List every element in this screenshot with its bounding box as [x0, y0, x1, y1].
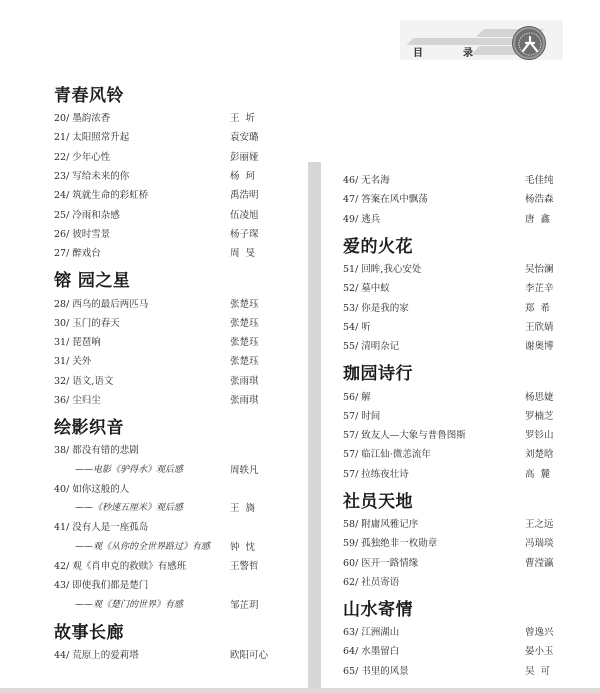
toc-entry[interactable]: 22/ 少年心性 彭丽娅 — [54, 148, 266, 167]
toc-entry[interactable]: 54/ 听 王欣婧 — [343, 318, 561, 337]
page-number: 20/ — [54, 109, 69, 128]
toc-entry[interactable]: ——观《从你的全世界路过》有感 钟 忱 — [54, 538, 266, 557]
article-title: ——电影《驴得水》观后感 — [75, 461, 183, 480]
author-name: 杨 珂 — [230, 167, 266, 186]
toc-entry[interactable]: 44/ 荒原上的爱莉塔 欧阳可心 — [54, 646, 266, 665]
page-number: 49/ — [343, 210, 358, 229]
author-name: 张楚珏 — [230, 333, 266, 352]
article-title: ——《秒速五厘米》观后感 — [75, 499, 183, 518]
toc-entry[interactable]: 30/ 玉门的春天 张楚珏 — [54, 314, 266, 333]
article-title: 冷雨和杂感 — [72, 206, 120, 225]
author-name: 邹芷玥 — [230, 596, 266, 615]
author-name: 周 旻 — [230, 244, 266, 263]
article-title: 关外 — [72, 352, 91, 371]
author-name: 袁安璐 — [230, 128, 266, 147]
page-number: 38/ — [54, 441, 69, 460]
page-number: 60/ — [343, 554, 358, 573]
page-number: 63/ — [343, 623, 358, 642]
toc-entry[interactable]: 20/ 墨韵浓香 王 圻 — [54, 109, 266, 128]
page-number: 24/ — [54, 186, 69, 205]
toc-entry[interactable]: 21/ 太阳照常升起 袁安璐 — [54, 128, 266, 147]
page-number: 57/ — [343, 407, 358, 426]
author-name: 曹滢瀛 — [525, 554, 561, 573]
article-title: ——观《从你的全世界路过》有感 — [75, 538, 210, 557]
page-number: 46/ — [343, 171, 358, 190]
toc-left-column: 青春风铃 20/ 墨韵浓香 王 圻 21/ 太阳照常升起 袁安璐 22/ 少年心… — [54, 84, 266, 665]
author-name: 张楚珏 — [230, 352, 266, 371]
article-title: 太阳照常升起 — [72, 128, 129, 147]
author-name: 王警哲 — [230, 557, 266, 576]
author-name: 王 圻 — [230, 109, 266, 128]
article-title: 逃兵 — [361, 210, 380, 229]
toc-entry[interactable]: 57/ 临江仙·微恙流年 刘楚晗 — [343, 445, 561, 464]
page-number: 21/ — [54, 128, 69, 147]
article-title: 墓中蚁 — [361, 279, 390, 298]
article-title: 江洲湖山 — [361, 623, 399, 642]
author-name: 刘楚晗 — [525, 445, 561, 464]
article-title: 语文,语文 — [72, 372, 113, 391]
page-number: 57/ — [343, 426, 358, 445]
toc-entry[interactable]: 52/ 墓中蚁 李芷辛 — [343, 279, 561, 298]
toc-entry[interactable]: 51/ 回眸,我心安处 吴怡澜 — [343, 260, 561, 279]
toc-entry[interactable]: 49/ 逃兵 唐 鑫 — [343, 210, 561, 229]
page-number: 54/ — [343, 318, 358, 337]
article-title: 西乌的最后两匹马 — [72, 295, 148, 314]
page-number: 57/ — [343, 445, 358, 464]
article-title: 少年心性 — [72, 148, 110, 167]
page-number: 41/ — [54, 518, 69, 537]
page-number: 27/ — [54, 244, 69, 263]
page-number: 36/ — [54, 391, 69, 410]
toc-entry[interactable]: 28/ 西乌的最后两匹马 张楚珏 — [54, 294, 266, 313]
page-number: 22/ — [54, 148, 69, 167]
article-title: 附庸风雅记序 — [361, 515, 418, 534]
article-title: 拉练夜壮诗 — [361, 465, 409, 484]
toc-entry[interactable]: 38/ 都没有错的悲剧 — [54, 441, 266, 460]
author-name: 高 麓 — [525, 465, 561, 484]
article-title: 你是我的家 — [361, 299, 409, 318]
author-name: 张雨琪 — [230, 391, 266, 410]
column-divider-bar — [308, 162, 321, 688]
page-number: 26/ — [54, 225, 69, 244]
author-name: 钟 忱 — [230, 538, 266, 557]
toc-entry[interactable]: 32/ 语文,语文 张雨琪 — [54, 372, 266, 391]
section-heading: 绘影织音 — [54, 416, 266, 440]
article-title: 玉门的春天 — [72, 314, 120, 333]
page-number: 47/ — [343, 190, 358, 209]
article-title: 答案在风中飘荡 — [361, 190, 428, 209]
page-number: 23/ — [54, 167, 69, 186]
section-heading: 故事长廊 — [54, 621, 266, 645]
page-number: 25/ — [54, 206, 69, 225]
toc-entry[interactable]: 63/ 江洲湖山 曾逸兴 — [343, 623, 561, 642]
article-title: 即使我们都是楚门 — [72, 576, 148, 595]
article-title: 观《肖申克的救赎》有感班 — [72, 557, 186, 576]
toc-entry[interactable]: 42/ 观《肖申克的救赎》有感班 王警哲 — [54, 557, 266, 576]
page-number: 31/ — [54, 333, 69, 352]
page-number: 28/ — [54, 295, 69, 314]
header-title-char: 录 — [463, 44, 473, 59]
toc-entry[interactable]: 57/ 拉练夜壮诗 高 麓 — [343, 465, 561, 484]
section-heading: 镕 园之星 — [54, 269, 266, 293]
toc-entry[interactable]: 25/ 冷雨和杂感 伍凌旭 — [54, 205, 266, 224]
toc-entry[interactable]: 31/ 关外 张楚珏 — [54, 352, 266, 371]
article-title: 写给未来的你 — [72, 167, 129, 186]
article-title: 时间 — [361, 407, 380, 426]
toc-entry[interactable]: 23/ 写给未来的你 杨 珂 — [54, 167, 266, 186]
page-number: 59/ — [343, 534, 358, 553]
page-number: 62/ — [343, 573, 358, 592]
article-title: 琵琶响 — [72, 333, 101, 352]
page-number: 56/ — [343, 388, 358, 407]
toc-entry[interactable]: 40/ 如你这般的人 — [54, 480, 266, 499]
toc-entry[interactable]: 64/ 水墨留白 晏小玉 — [343, 642, 561, 661]
section-heading: 山水寄情 — [343, 598, 561, 622]
article-title: 社员寄语 — [361, 573, 399, 592]
toc-entry[interactable]: 53/ 你是我的家 郑 希 — [343, 298, 561, 317]
page-number: 53/ — [343, 299, 358, 318]
article-title: 解 — [361, 388, 371, 407]
page-number: 51/ — [343, 260, 358, 279]
footer-bar — [0, 688, 600, 693]
toc-entry[interactable]: 24/ 筑就生命的彩虹桥 禹浩明 — [54, 186, 266, 205]
toc-entry[interactable]: 60/ 医开一路情缘 曹滢瀛 — [343, 553, 561, 572]
author-name: 晏小玉 — [525, 642, 561, 661]
school-emblem-icon — [513, 27, 545, 59]
article-title: 无名海 — [361, 171, 390, 190]
toc-entry[interactable]: 62/ 社员寄语 — [343, 573, 561, 592]
toc-entry[interactable]: 59/ 孤独绝非一枚勋章 冯瑞琰 — [343, 534, 561, 553]
toc-entry[interactable]: 46/ 无名海 毛佳纯 — [343, 171, 561, 190]
toc-entry[interactable]: 36/ 尘归尘 张雨琪 — [54, 391, 266, 410]
article-title: ——观《楚门的世界》有感 — [75, 596, 183, 615]
page-number: 44/ — [54, 646, 69, 665]
author-name: 吴 可 — [525, 662, 561, 681]
toc-entry[interactable]: 43/ 即使我们都是楚门 — [54, 576, 266, 595]
toc-right-column: 46/ 无名海 毛佳纯 47/ 答案在风中飘荡 杨浩森 49/ 逃兵 唐 鑫 爱… — [343, 171, 561, 681]
author-name: 王欣婧 — [525, 318, 561, 337]
article-title: 墨韵浓香 — [72, 109, 110, 128]
article-title: 临江仙·微恙流年 — [361, 445, 431, 464]
page-number: 55/ — [343, 337, 358, 356]
page-number: 58/ — [343, 515, 358, 534]
toc-entry[interactable]: 56/ 解 杨思婕 — [343, 387, 561, 406]
header-title-char: 目 — [413, 44, 423, 59]
toc-entry[interactable]: ——《秒速五厘米》观后感 王 旖 — [54, 499, 266, 518]
article-title: 都没有错的悲剧 — [72, 441, 139, 460]
author-name: 罗钐山 — [525, 426, 561, 445]
section-heading: 珈园诗行 — [343, 362, 561, 386]
toc-entry[interactable]: 26/ 彼时雪景 杨子琛 — [54, 225, 266, 244]
article-title: 彼时雪景 — [72, 225, 110, 244]
toc-entry[interactable]: 47/ 答案在风中飘荡 杨浩森 — [343, 190, 561, 209]
author-name: 罗楠芝 — [525, 407, 561, 426]
author-name: 冯瑞琰 — [525, 534, 561, 553]
author-name: 欧阳可心 — [230, 646, 266, 665]
author-name: 王 旖 — [230, 499, 266, 518]
page-number: 30/ — [54, 314, 69, 333]
page-number: 42/ — [54, 557, 69, 576]
author-name: 王之远 — [525, 515, 561, 534]
page-number: 64/ — [343, 642, 358, 661]
article-title: 如你这般的人 — [72, 480, 129, 499]
author-name: 杨浩森 — [525, 190, 561, 209]
section-heading: 社员天地 — [343, 490, 561, 514]
toc-entry[interactable]: 58/ 附庸风雅记序 王之远 — [343, 515, 561, 534]
page-number: 43/ — [54, 576, 69, 595]
article-title: 医开一路情缘 — [361, 554, 418, 573]
author-name: 杨思婕 — [525, 388, 561, 407]
section-heading: 爱的火花 — [343, 235, 561, 259]
toc-entry[interactable]: ——电影《驴得水》观后感 周轶凡 — [54, 460, 266, 479]
author-name: 张楚珏 — [230, 295, 266, 314]
author-name: 张雨琪 — [230, 372, 266, 391]
page-number: 57/ — [343, 465, 358, 484]
author-name: 曾逸兴 — [525, 623, 561, 642]
toc-entry[interactable]: 57/ 致友人—大象与普鲁图斯 罗钐山 — [343, 426, 561, 445]
article-title: 没有人是一座孤岛 — [72, 518, 148, 537]
article-title: 醉戏台 — [72, 244, 101, 263]
author-name: 郑 希 — [525, 299, 561, 318]
article-title: 清明杂记 — [361, 337, 399, 356]
author-name: 毛佳纯 — [525, 171, 561, 190]
article-title: 孤独绝非一枚勋章 — [361, 534, 437, 553]
toc-entry[interactable]: 57/ 时间 罗楠芝 — [343, 407, 561, 426]
page-number: 32/ — [54, 372, 69, 391]
article-title: 荒原上的爱莉塔 — [72, 646, 139, 665]
page-number: 40/ — [54, 480, 69, 499]
author-name: 张楚珏 — [230, 314, 266, 333]
article-title: 尘归尘 — [72, 391, 101, 410]
toc-entry[interactable]: 41/ 没有人是一座孤岛 — [54, 518, 266, 537]
article-title: 书里的风景 — [361, 662, 409, 681]
author-name: 周轶凡 — [230, 461, 266, 480]
toc-entry[interactable]: ——观《楚门的世界》有感 邹芷玥 — [54, 596, 266, 615]
author-name: 彭丽娅 — [230, 148, 266, 167]
author-name: 吴怡澜 — [525, 260, 561, 279]
page-number: 52/ — [343, 279, 358, 298]
article-title: 致友人—大象与普鲁图斯 — [361, 426, 466, 445]
toc-entry[interactable]: 31/ 琵琶响 张楚珏 — [54, 333, 266, 352]
toc-entry[interactable]: 55/ 清明杂记 谢奥博 — [343, 337, 561, 356]
article-title: 筑就生命的彩虹桥 — [72, 186, 148, 205]
author-name: 李芷辛 — [525, 279, 561, 298]
author-name: 禹浩明 — [230, 186, 266, 205]
author-name: 杨子琛 — [230, 225, 266, 244]
page-number: 31/ — [54, 352, 69, 371]
toc-entry[interactable]: 65/ 书里的风景 吴 可 — [343, 662, 561, 681]
toc-entry[interactable]: 27/ 醉戏台 周 旻 — [54, 244, 266, 263]
author-name: 唐 鑫 — [525, 210, 561, 229]
article-title: 水墨留白 — [361, 642, 399, 661]
author-name: 伍凌旭 — [230, 206, 266, 225]
author-name: 谢奥博 — [525, 337, 561, 356]
article-title: 回眸,我心安处 — [361, 260, 421, 279]
article-title: 听 — [361, 318, 371, 337]
page-number: 65/ — [343, 662, 358, 681]
section-heading: 青春风铃 — [54, 84, 266, 108]
